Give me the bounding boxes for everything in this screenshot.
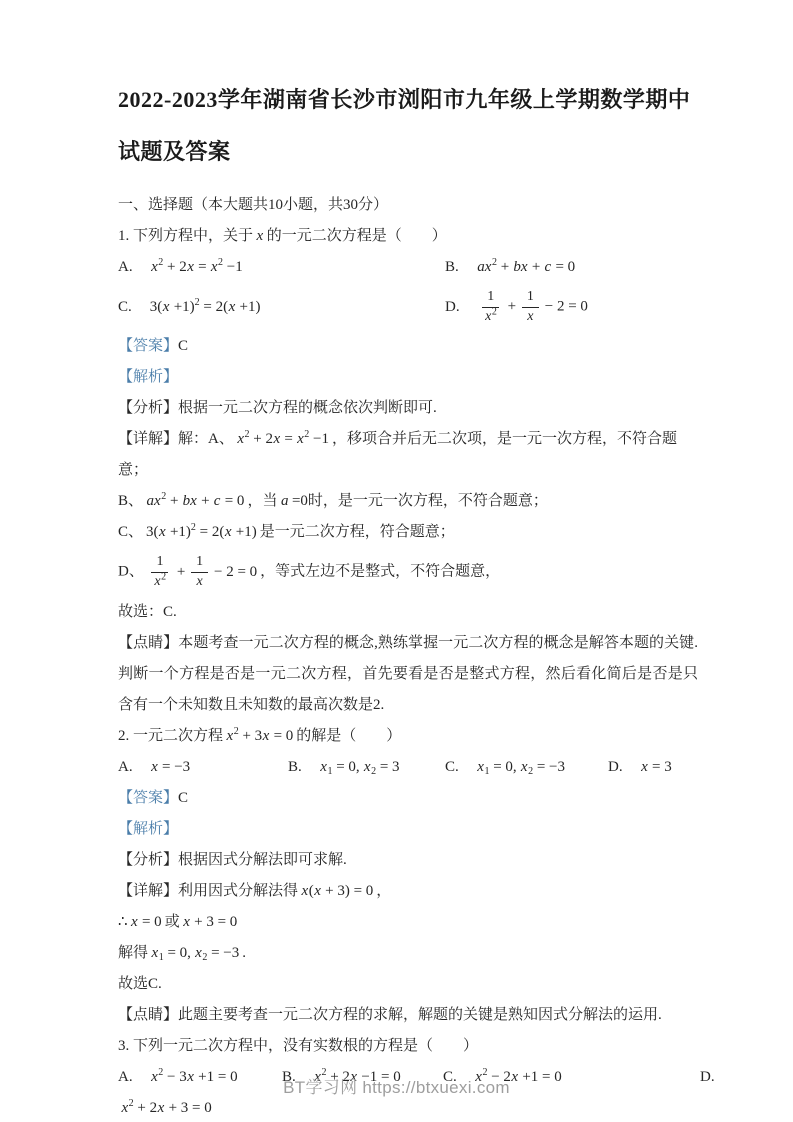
fraction: 1x2 xyxy=(149,555,171,589)
question-1-stem: 1. 下列方程中，关于x的一元二次方程是（ ） xyxy=(118,221,698,252)
text-run: 【分析】根据因式分解法即可求解. xyxy=(118,852,347,868)
text-run: 或 xyxy=(165,914,180,930)
text-run: 的一元二次方程是（ ） xyxy=(267,228,447,244)
math-expression: x1 = 0, x2 = −3 xyxy=(151,945,239,961)
math-expression: ax2 + bx + c = 0 xyxy=(477,252,575,283)
question-1-options-row-1-cell: B. ax2 + bx + c = 0 xyxy=(445,252,698,283)
math-expression: x2 + 2x = x2 −1 xyxy=(151,252,243,283)
fraction-numerator: 1 xyxy=(151,555,168,573)
note-1: 【点睛】本题考查一元二次方程的概念,熟练掌握一元二次方程的概念是解答本题的关键.… xyxy=(118,628,698,721)
fraction-numerator: 1 xyxy=(482,290,499,308)
section-header: 一、选择题（本大题共10小题，共30分） xyxy=(118,190,698,221)
text-run: C xyxy=(178,790,188,806)
text-run: 解得 xyxy=(118,945,148,961)
math-expression: x1 = 0, x2 = −3 xyxy=(477,752,565,783)
fraction-denominator: x xyxy=(522,308,539,325)
footer-watermark: BT学习网 https://btxuexi.com xyxy=(0,1073,793,1098)
question-2-options-row-cell: C. x1 = 0, x2 = −3 xyxy=(445,752,608,783)
note-2: 【点睛】此题主要考查一元二次方程的求解，解题的关键是熟知因式分解法的运用. xyxy=(118,1000,698,1031)
text-run: 是一元二次方程，符合题意； xyxy=(260,524,455,540)
math-expression: ax2 + bx + c = 0 xyxy=(146,493,244,509)
fraction-denominator: x2 xyxy=(149,573,171,590)
detail-1-option-c: C、3(x +1)2 = 2(x +1)是一元二次方程，符合题意； xyxy=(118,517,698,548)
math-expression: x + 3 = 0 xyxy=(183,914,238,930)
text-run: 1. 下列方程中，关于 xyxy=(118,228,253,244)
text-run: . xyxy=(242,945,246,961)
conclusion-2: 故选C. xyxy=(118,969,698,1000)
text-run: ∴ xyxy=(118,914,128,930)
fraction: 1x xyxy=(522,290,539,324)
fraction-numerator: 1 xyxy=(522,290,539,308)
text-run: 故选C. xyxy=(118,976,162,992)
math-expression: x xyxy=(256,228,264,244)
text-run: B. xyxy=(445,252,474,283)
watermark-site-text: BT学习网 https://btxuexi.com xyxy=(283,1078,510,1097)
analysis-1: 【分析】根据一元二次方程的概念依次判断即可. xyxy=(118,393,698,424)
marker-label: 【解析】 xyxy=(118,369,178,385)
text-run: C、 xyxy=(118,524,143,540)
math-expression: x2 + 2x + 3 = 0 xyxy=(121,1100,212,1116)
text-run: ，等式左边不是整式，不符合题意， xyxy=(260,564,500,580)
question-1-options-row-1: A. x2 + 2x = x2 −1B. ax2 + bx + c = 0 xyxy=(118,252,698,283)
math-expression: x2 + 3x = 0 xyxy=(226,728,293,744)
fraction-numerator: 1 xyxy=(191,555,208,573)
detail-1-option-b: B、ax2 + bx + c = 0，当a=0时，是一元一次方程，不符合题意； xyxy=(118,486,698,517)
document-title-line-2: 试题及答案 xyxy=(118,138,698,166)
text-run: ， xyxy=(376,883,391,899)
text-run: B. xyxy=(288,752,317,783)
question-2-options-row-cell: D. x = 3 xyxy=(608,752,698,783)
detail-2-step: ∴x = 0或x + 3 = 0 xyxy=(118,907,698,938)
detail-2: 【详解】利用因式分解法得x(x + 3) = 0， xyxy=(118,876,698,907)
fraction: 1x xyxy=(191,555,208,589)
question-3-stem: 3. 下列一元二次方程中，没有实数根的方程是（ ） xyxy=(118,1031,698,1062)
marker-label: 【答案】 xyxy=(118,338,178,354)
math-expression: 3(x +1)2 = 2(x +1) xyxy=(150,292,261,323)
text-run: B、 xyxy=(118,493,143,509)
question-2-options-row-cell: A. x = −3 xyxy=(118,752,288,783)
question-1-options-row-1-cell: A. x2 + 2x = x2 −1 xyxy=(118,252,445,283)
math-expression: x = −3 xyxy=(151,752,191,783)
text-run: C. xyxy=(445,752,474,783)
text-run: =0时，是一元一次方程，不符合题意； xyxy=(292,493,548,509)
question-1-options-row-2-cell: D. 1x2 + 1x − 2 = 0 xyxy=(445,290,698,324)
conclusion-1: 故选：C. xyxy=(118,597,698,628)
text-run: 3. 下列一元二次方程中，没有实数根的方程是（ ） xyxy=(118,1038,478,1054)
answer-2: 【答案】C xyxy=(118,783,698,814)
document-content: 2022-2023学年湖南省长沙市浏阳市九年级上学期数学期中 试题及答案 一、选… xyxy=(0,0,793,1122)
analysis-marker-1: 【解析】 xyxy=(118,362,698,393)
text-run: D、 xyxy=(118,564,144,580)
detail-2-solution: 解得x1 = 0, x2 = −3. xyxy=(118,938,698,969)
text-run: ，当 xyxy=(247,493,277,509)
fraction-denominator: x xyxy=(191,573,208,590)
text-run: A. xyxy=(118,252,148,283)
text-run: D. xyxy=(608,752,638,783)
math-expression: x2 + 2x = x2 −1 xyxy=(237,431,329,447)
text-run: 【详解】利用因式分解法得 xyxy=(118,883,298,899)
text-run: 2. 一元二次方程 xyxy=(118,728,223,744)
text-run: 一、选择题（本大题共10小题，共30分） xyxy=(118,197,388,213)
math-expression: 1x2 + 1x − 2 = 0 xyxy=(147,564,257,580)
document-title-line-1: 2022-2023学年湖南省长沙市浏阳市九年级上学期数学期中 xyxy=(118,86,698,114)
analysis-2: 【分析】根据因式分解法即可求解. xyxy=(118,845,698,876)
text-run: A. xyxy=(118,752,148,783)
question-1-options-row-2-cell: C. 3(x +1)2 = 2(x +1) xyxy=(118,292,445,323)
marker-label: 【解析】 xyxy=(118,821,178,837)
text-run: 【详解】解：A、 xyxy=(118,431,234,447)
text-run: 【点睛】此题主要考查一元二次方程的求解，解题的关键是熟知因式分解法的运用. xyxy=(118,1007,662,1023)
question-2-options-row: A. x = −3B. x1 = 0, x2 = 3C. x1 = 0, x2 … xyxy=(118,752,698,783)
analysis-marker-2: 【解析】 xyxy=(118,814,698,845)
math-expression: a xyxy=(280,493,289,509)
fraction: 1x2 xyxy=(480,290,502,324)
marker-label: 【答案】 xyxy=(118,790,178,806)
question-2-stem: 2. 一元二次方程x2 + 3x = 0的解是（ ） xyxy=(118,721,698,752)
math-expression: 3(x +1)2 = 2(x +1) xyxy=(146,524,257,540)
math-expression: x = 0 xyxy=(131,914,162,930)
text-run: C. xyxy=(118,292,147,323)
text-run: 故选：C. xyxy=(118,604,177,620)
question-1-options-row-2: C. 3(x +1)2 = 2(x +1)D. 1x2 + 1x − 2 = 0 xyxy=(118,283,698,331)
text-run: D. xyxy=(445,292,475,323)
exam-document-page: 2022-2023学年湖南省长沙市浏阳市九年级上学期数学期中 试题及答案 一、选… xyxy=(0,0,793,1122)
text-run: 【点睛】本题考查一元二次方程的概念,熟练掌握一元二次方程的概念是解答本题的关键.… xyxy=(118,635,698,713)
math-expression: x1 = 0, x2 = 3 xyxy=(320,752,400,783)
text-run: C xyxy=(178,338,188,354)
text-run: 【分析】根据一元二次方程的概念依次判断即可. xyxy=(118,400,437,416)
answer-1: 【答案】C xyxy=(118,331,698,362)
math-expression: 1x2 + 1x − 2 = 0 xyxy=(478,290,588,324)
detail-1-option-d: D、1x2 + 1x − 2 = 0，等式左边不是整式，不符合题意， xyxy=(118,548,698,596)
math-expression: x = 3 xyxy=(641,752,672,783)
text-run: 的解是（ ） xyxy=(296,728,401,744)
math-expression: x(x + 3) = 0 xyxy=(301,883,373,899)
detail-1-option-a: 【详解】解：A、x2 + 2x = x2 −1，移项合并后无二次项，是一元一次方… xyxy=(118,424,698,486)
question-2-options-row-cell: B. x1 = 0, x2 = 3 xyxy=(288,752,445,783)
fraction-denominator: x2 xyxy=(480,308,502,325)
document-body: 一、选择题（本大题共10小题，共30分）1. 下列方程中，关于x的一元二次方程是… xyxy=(118,190,698,1122)
